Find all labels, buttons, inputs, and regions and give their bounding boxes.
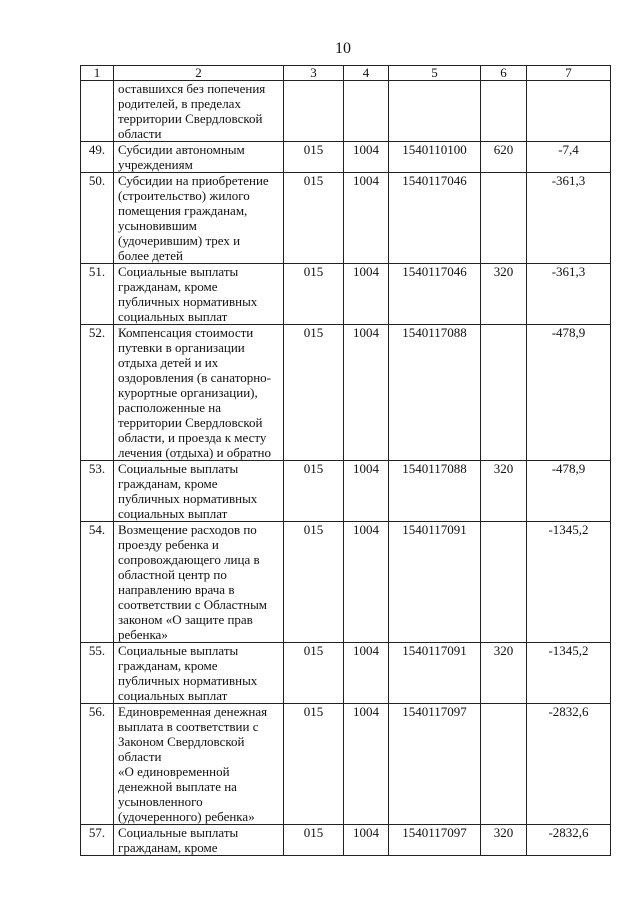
expense-name-line: гражданам, кроме (118, 476, 279, 491)
table-row: 53.Социальные выплатыгражданам, кромепуб… (81, 461, 611, 522)
row-number-cell: 57. (81, 825, 114, 856)
column-header: 3 (284, 66, 344, 81)
column-header: 5 (389, 66, 481, 81)
administrator-code-cell: 015 (284, 825, 344, 856)
expense-name-line: сопровождающего лица в (118, 552, 279, 567)
amount-cell: -1345,2 (527, 522, 611, 643)
expense-name-line: социальных выплат (118, 688, 279, 703)
expense-name-line: соответствии с Областным (118, 597, 279, 612)
administrator-code-cell: 015 (284, 522, 344, 643)
amount-cell: -361,3 (527, 173, 611, 264)
page-number: 10 (0, 40, 640, 58)
administrator-code-cell: 015 (284, 643, 344, 704)
section-code-cell: 1004 (344, 325, 389, 461)
expense-name-line: социальных выплат (118, 309, 279, 324)
administrator-code-cell: 015 (284, 142, 344, 173)
expense-name-line: Единовременная денежная (118, 704, 279, 719)
administrator-code-cell: 015 (284, 264, 344, 325)
expense-name-line: области (118, 749, 279, 764)
expense-name-line: социальных выплат (118, 506, 279, 521)
expense-name-line: Социальные выплаты (118, 643, 279, 658)
expense-type-cell: 620 (481, 142, 527, 173)
expense-name-line: публичных нормативных (118, 491, 279, 506)
amount-cell: -361,3 (527, 264, 611, 325)
expense-name-line: (удочеренного) ребенка» (118, 809, 279, 824)
target-article-cell: 1540117088 (389, 461, 481, 522)
table-row: 54.Возмещение расходов попроезду ребенка… (81, 522, 611, 643)
expense-name-cell: Возмещение расходов попроезду ребенка ис… (114, 522, 284, 643)
expense-name-line: ребенка» (118, 627, 279, 642)
table-row: оставшихся без попеченияродителей, в пре… (81, 81, 611, 142)
section-code-cell: 1004 (344, 643, 389, 704)
table-row: 55.Социальные выплатыгражданам, кромепуб… (81, 643, 611, 704)
column-header: 6 (481, 66, 527, 81)
expense-type-cell (481, 173, 527, 264)
amount-cell: -1345,2 (527, 643, 611, 704)
section-code-cell: 1004 (344, 173, 389, 264)
row-number-cell: 53. (81, 461, 114, 522)
expense-name-cell: Субсидии автономнымучреждениям (114, 142, 284, 173)
expense-name-line: Субсидии на приобретение (118, 173, 279, 188)
table-row: 52.Компенсация стоимостипутевки в органи… (81, 325, 611, 461)
expense-name-line: лечения (отдыха) и обратно (118, 445, 279, 460)
expense-type-cell: 320 (481, 461, 527, 522)
budget-table: 1 2 3 4 5 6 7 оставшихся без попеченияро… (80, 65, 611, 856)
table-row: 49.Субсидии автономнымучреждениям0151004… (81, 142, 611, 173)
column-header: 7 (527, 66, 611, 81)
expense-name-line: законом «О защите прав (118, 612, 279, 627)
expense-name-line: путевки в организации (118, 340, 279, 355)
expense-name-line: оздоровления (в санаторно- (118, 370, 279, 385)
administrator-code-cell: 015 (284, 704, 344, 825)
expense-name-line: территории Свердловской (118, 111, 279, 126)
expense-name-line: Социальные выплаты (118, 264, 279, 279)
row-number-cell: 52. (81, 325, 114, 461)
section-code-cell: 1004 (344, 461, 389, 522)
expense-name-line: усыновившим (118, 218, 279, 233)
amount-cell: -7,4 (527, 142, 611, 173)
table-body: оставшихся без попеченияродителей, в пре… (81, 81, 611, 856)
column-header: 4 (344, 66, 389, 81)
amount-cell (527, 81, 611, 142)
expense-name-line: гражданам, кроме (118, 840, 279, 855)
expense-name-line: помещения гражданам, (118, 203, 279, 218)
administrator-code-cell: 015 (284, 461, 344, 522)
section-code-cell: 1004 (344, 264, 389, 325)
administrator-code-cell: 015 (284, 325, 344, 461)
table-row: 57.Социальные выплатыгражданам, кроме015… (81, 825, 611, 856)
expense-type-cell (481, 704, 527, 825)
row-number-cell: 56. (81, 704, 114, 825)
expense-name-line: Компенсация стоимости (118, 325, 279, 340)
expense-name-line: областной центр по (118, 567, 279, 582)
expense-name-cell: Социальные выплатыгражданам, кромепублич… (114, 461, 284, 522)
expense-name-line: проезду ребенка и (118, 537, 279, 552)
expense-name-line: отдыха детей и их (118, 355, 279, 370)
row-number-cell (81, 81, 114, 142)
target-article-cell: 1540117046 (389, 264, 481, 325)
expense-name-line: выплата в соответствии с (118, 719, 279, 734)
expense-name-cell: Социальные выплатыгражданам, кроме (114, 825, 284, 856)
expense-name-cell: Компенсация стоимостипутевки в организац… (114, 325, 284, 461)
expense-name-line: Законом Свердловской (118, 734, 279, 749)
table-header-row: 1 2 3 4 5 6 7 (81, 66, 611, 81)
expense-name-cell: Социальные выплатыгражданам, кромепублич… (114, 264, 284, 325)
expense-name-line: гражданам, кроме (118, 658, 279, 673)
target-article-cell: 1540110100 (389, 142, 481, 173)
expense-name-line: публичных нормативных (118, 673, 279, 688)
administrator-code-cell: 015 (284, 173, 344, 264)
target-article-cell: 1540117091 (389, 643, 481, 704)
expense-name-line: курортные организации), (118, 385, 279, 400)
section-code-cell: 1004 (344, 142, 389, 173)
column-header: 1 (81, 66, 114, 81)
target-article-cell: 1540117097 (389, 825, 481, 856)
expense-name-line: (строительство) жилого (118, 188, 279, 203)
expense-name-line: публичных нормативных (118, 294, 279, 309)
section-code-cell (344, 81, 389, 142)
expense-type-cell: 320 (481, 264, 527, 325)
target-article-cell: 1540117046 (389, 173, 481, 264)
expense-type-cell (481, 325, 527, 461)
expense-name-line: Социальные выплаты (118, 461, 279, 476)
section-code-cell: 1004 (344, 522, 389, 643)
amount-cell: -478,9 (527, 325, 611, 461)
expense-type-cell: 320 (481, 643, 527, 704)
table-row: 51.Социальные выплатыгражданам, кромепуб… (81, 264, 611, 325)
administrator-code-cell (284, 81, 344, 142)
expense-type-cell (481, 522, 527, 643)
row-number-cell: 51. (81, 264, 114, 325)
expense-name-line: «О единовременной (118, 764, 279, 779)
expense-name-line: родителей, в пределах (118, 96, 279, 111)
expense-name-line: области, и проезда к месту (118, 430, 279, 445)
expense-type-cell: 320 (481, 825, 527, 856)
row-number-cell: 54. (81, 522, 114, 643)
expense-name-line: расположенные на (118, 400, 279, 415)
expense-name-line: территории Свердловской (118, 415, 279, 430)
section-code-cell: 1004 (344, 825, 389, 856)
expense-name-line: Возмещение расходов по (118, 522, 279, 537)
table-row: 50.Субсидии на приобретение(строительств… (81, 173, 611, 264)
expense-name-line: денежной выплате на (118, 779, 279, 794)
expense-name-line: Субсидии автономным (118, 142, 279, 157)
expense-type-cell (481, 81, 527, 142)
expense-name-line: направлению врача в (118, 582, 279, 597)
row-number-cell: 49. (81, 142, 114, 173)
expense-name-line: Социальные выплаты (118, 825, 279, 840)
expense-name-line: гражданам, кроме (118, 279, 279, 294)
section-code-cell: 1004 (344, 704, 389, 825)
target-article-cell: 1540117088 (389, 325, 481, 461)
amount-cell: -2832,6 (527, 825, 611, 856)
expense-name-cell: Субсидии на приобретение(строительство) … (114, 173, 284, 264)
expense-name-line: области (118, 126, 279, 141)
expense-name-line: учреждениям (118, 157, 279, 172)
expense-name-line: усыновленного (118, 794, 279, 809)
expense-name-line: (удочерившим) трех и (118, 233, 279, 248)
expense-name-line: более детей (118, 248, 279, 263)
expense-name-cell: Единовременная денежнаявыплата в соответ… (114, 704, 284, 825)
row-number-cell: 55. (81, 643, 114, 704)
target-article-cell: 1540117097 (389, 704, 481, 825)
amount-cell: -2832,6 (527, 704, 611, 825)
column-header: 2 (114, 66, 284, 81)
amount-cell: -478,9 (527, 461, 611, 522)
table-row: 56.Единовременная денежнаявыплата в соот… (81, 704, 611, 825)
expense-name-cell: оставшихся без попеченияродителей, в пре… (114, 81, 284, 142)
expense-name-line: оставшихся без попечения (118, 81, 279, 96)
target-article-cell (389, 81, 481, 142)
expense-name-cell: Социальные выплатыгражданам, кромепублич… (114, 643, 284, 704)
target-article-cell: 1540117091 (389, 522, 481, 643)
row-number-cell: 50. (81, 173, 114, 264)
